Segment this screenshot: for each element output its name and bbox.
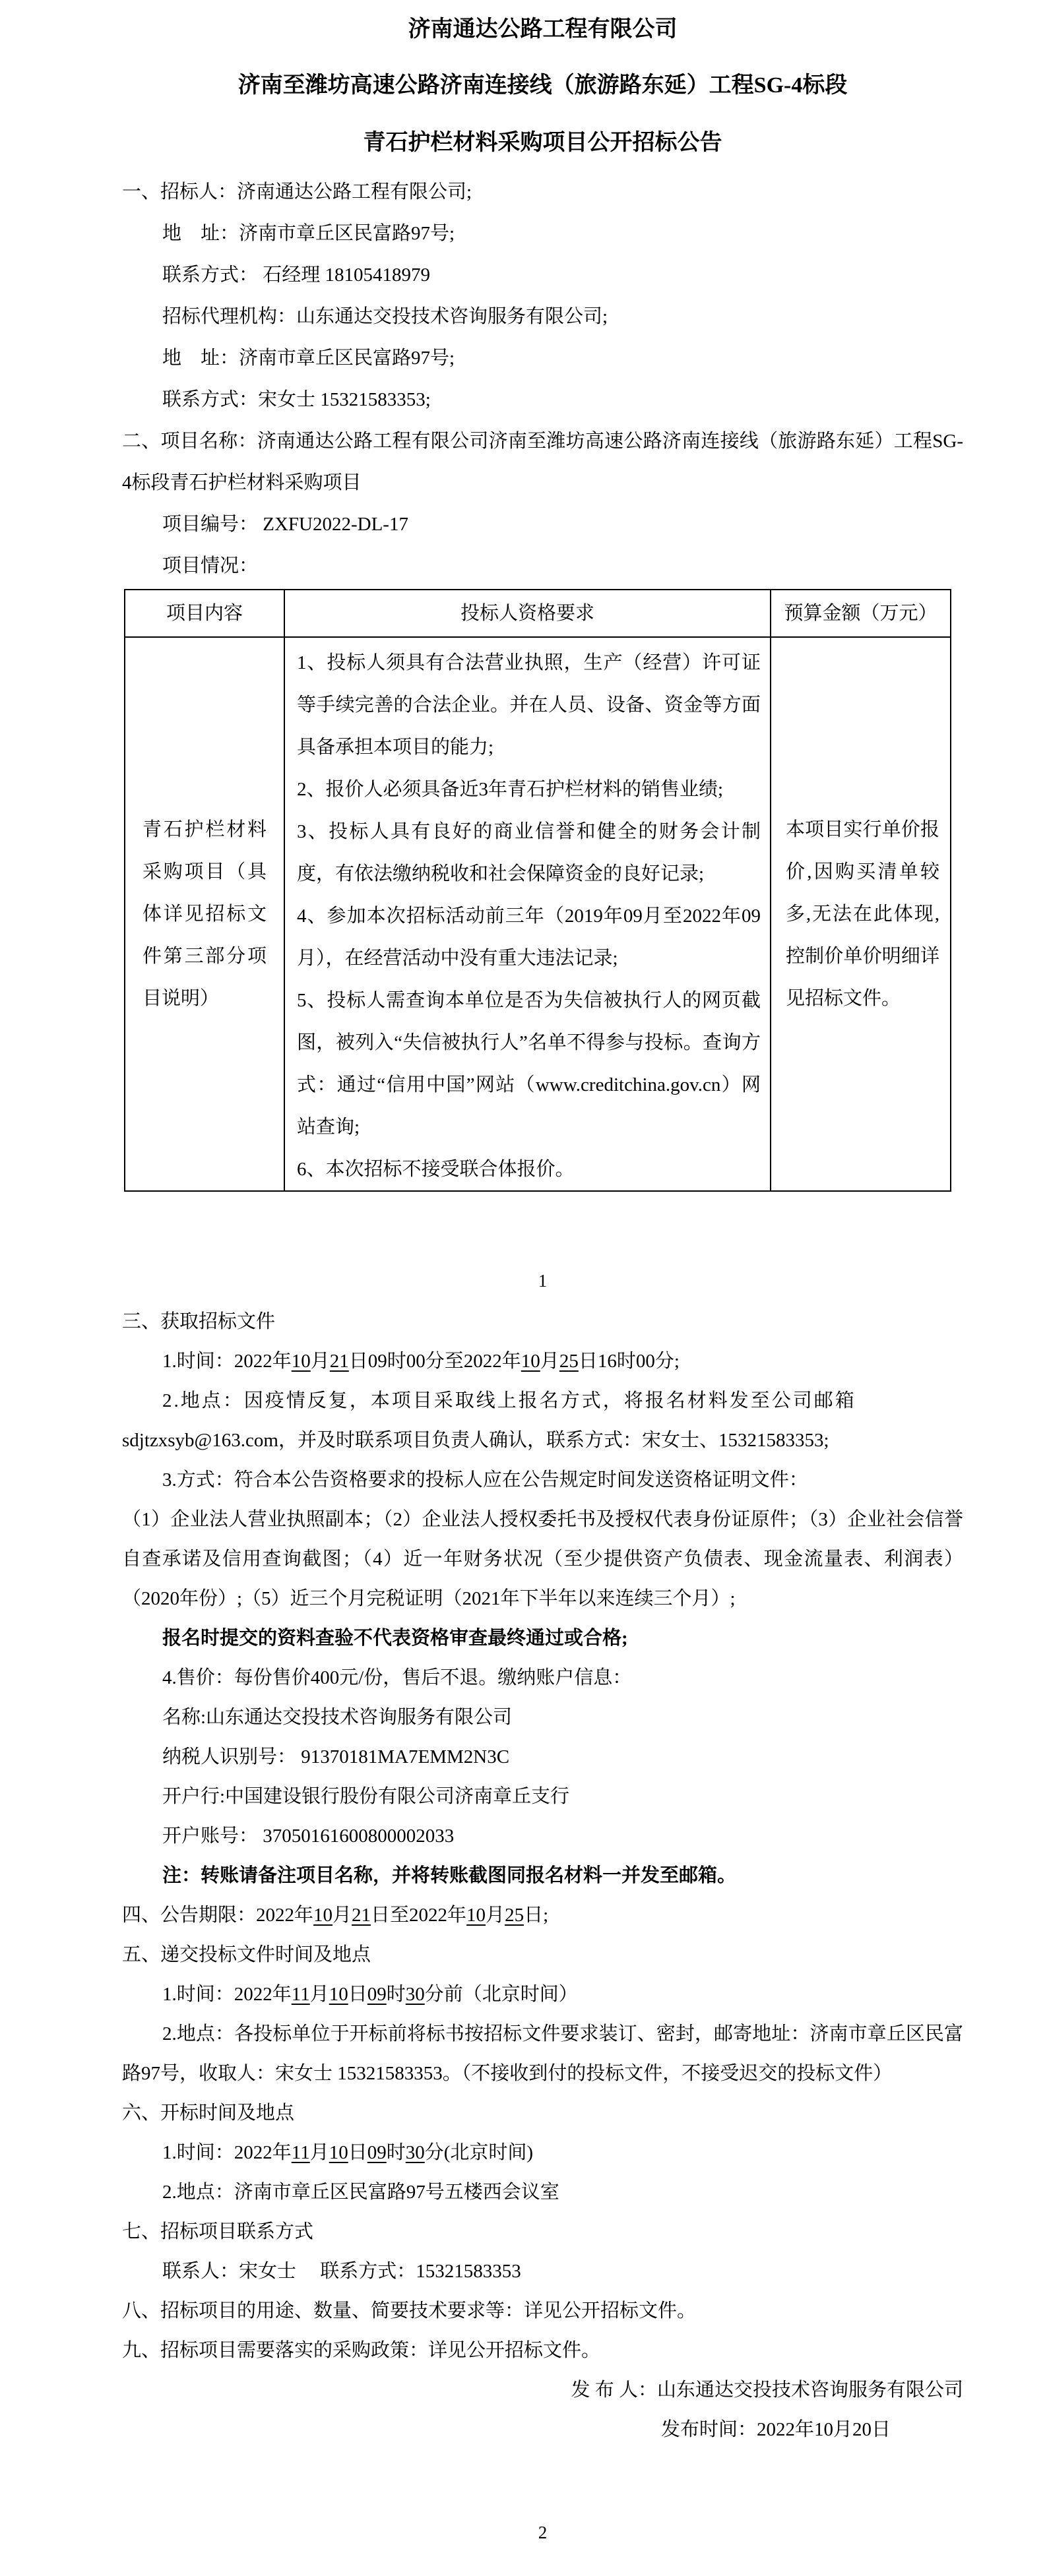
publish-date-line: 发布时间：2022年10月20日	[122, 2410, 963, 2449]
doc-title-project: 济南至潍坊高速公路济南连接线（旅游路东延）工程SG-4标段	[122, 63, 963, 109]
text-run: 分前（北京时间）	[425, 1984, 578, 2005]
qualification-item: 3、投标人具有良好的商业信誉和健全的财务会计制度，有依法缴纳税收和社会保障资金的…	[297, 811, 761, 895]
sec3-heading: 三、获取招标文件	[122, 1302, 963, 1341]
page-number-1: 1	[122, 1260, 963, 1302]
tenderer-address-line: 地 址：济南市章丘区民富路97号;	[122, 213, 963, 255]
account-number-line: 开户账号： 37050161600800002033	[122, 1816, 963, 1856]
sec3-time-line: 1.时间：2022年10月21日09时00分至2022年10月25日16时00分…	[122, 1341, 963, 1381]
underlined-date: 21	[330, 1351, 349, 1372]
document-page: 济南通达公路工程有限公司 济南至潍坊高速公路济南连接线（旅游路东延）工程SG-4…	[0, 0, 1047, 2576]
underlined-date: 10	[329, 1984, 348, 2005]
underlined-date: 30	[406, 2142, 425, 2163]
text-run: 分(北京时间)	[425, 2142, 533, 2163]
underlined-date: 11	[292, 2142, 310, 2163]
underlined-date: 11	[292, 1984, 310, 2005]
sec5-place-line: 2.地点：各投标单位于开标前将标书按招标文件要求装订、密封，邮寄地址：济南市章丘…	[122, 2014, 963, 2093]
underlined-date: 09	[367, 2142, 387, 2163]
text-run: 1.时间：2022年	[162, 1351, 292, 1372]
cell-budget-note: 本项目实行单价报价,因购买清单较多,无法在此体现,控制价单价明细详见招标文件。	[771, 637, 951, 1191]
sec3-documents-line: （1）企业法人营业执照副本；（2）企业法人授权委托书及授权代表身份证原件；（3）…	[122, 1500, 963, 1618]
sec3-place-line: 2.地点：因疫情反复，本项目采取线上报名方式，将报名材料发至公司邮箱sdjtzx…	[122, 1381, 963, 1460]
text-run: 月	[310, 2142, 329, 2163]
text-run: 2.地点：因疫情反复，本项目采取线上报名方式，将报名材料发至公司邮箱	[162, 1390, 856, 1411]
sec3-price-line: 4.售价：每份售价400元/份，售后不退。缴纳账户信息：	[122, 1658, 963, 1698]
project-code-line: 项目编号： ZXFU2022-DL-17	[122, 504, 963, 545]
agency-contact-line: 联系方式：宋女士 15321583353;	[122, 379, 963, 421]
underlined-date: 09	[367, 1984, 387, 2005]
sec9-line: 九、招标项目需要落实的采购政策：详见公开招标文件。	[122, 2331, 963, 2370]
text-run: 日16时00分;	[579, 1351, 680, 1372]
text-run: 月	[333, 1905, 352, 1926]
text-run: 时	[387, 1984, 406, 2005]
text-run: 日;	[524, 1905, 548, 1926]
text-run: 日	[348, 1984, 367, 2005]
qualification-item: 5、投标人需查询本单位是否为失信被执行人的网页截图，被列入“失信被执行人”名单不…	[297, 979, 761, 1148]
page-two-content: 三、获取招标文件 1.时间：2022年10月21日09时00分至2022年10月…	[122, 1302, 963, 2449]
agency-address-line: 地 址：济南市章丘区民富路97号;	[122, 338, 963, 379]
text-run: 月	[540, 1351, 559, 1372]
doc-title-company: 济南通达公路工程有限公司	[122, 7, 963, 53]
project-name-line: 二、项目名称：济南通达公路工程有限公司济南至潍坊高速公路济南连接线（旅游路东延）…	[122, 421, 963, 504]
cell-qualifications: 1、投标人须具有合法营业执照，生产（经营）许可证等手续完善的合法企业。并在人员、…	[284, 637, 771, 1191]
sec7-contact-line: 联系人：宋女士 联系方式：15321583353	[122, 2252, 963, 2291]
text-run: 1.时间：2022年	[162, 2142, 292, 2163]
page-number-2: 2	[122, 2512, 963, 2554]
sec3-method-line: 3.方式：符合本公告资格要求的投标人应在公告规定时间发送资格证明文件：	[122, 1460, 963, 1500]
sec6-time-line: 1.时间：2022年11月10日09时30分(北京时间)	[122, 2133, 963, 2172]
sec5-time-line: 1.时间：2022年11月10日09时30分前（北京时间）	[122, 1975, 963, 2014]
text-run: 月	[311, 1351, 330, 1372]
agency-line: 招标代理机构：山东通达交投技术咨询服务有限公司;	[122, 296, 963, 338]
text-run: 日至2022年	[371, 1905, 466, 1926]
underlined-date: 10	[313, 1905, 333, 1926]
table-body-row: 青石护栏材料采购项目（具体详见招标文件第三部分项目说明） 1、投标人须具有合法营…	[125, 637, 951, 1191]
underlined-date: 10	[329, 2142, 348, 2163]
publisher-line: 发 布 人：山东通达交投技术咨询服务有限公司	[122, 2370, 963, 2410]
tenderer-line: 一、招标人：济南通达公路工程有限公司;	[122, 171, 963, 213]
requirements-table: 项目内容 投标人资格要求 预算金额（万元） 青石护栏材料采购项目（具体详见招标文…	[124, 589, 951, 1192]
doc-title-announcement: 青石护栏材料采购项目公开招标公告	[122, 120, 963, 166]
tax-id-line: 纳税人识别号： 91370181MA7EMM2N3C	[122, 1737, 963, 1777]
table-header-row: 项目内容 投标人资格要求 预算金额（万元）	[125, 590, 951, 637]
table-header-project-content: 项目内容	[125, 590, 284, 637]
sec6-heading: 六、开标时间及地点	[122, 2093, 963, 2133]
transfer-note-line: 注：转账请备注项目名称，并将转账截图同报名材料一并发至邮箱。	[122, 1856, 963, 1895]
underlined-date: 10	[292, 1351, 311, 1372]
qualification-item: 1、投标人须具有合法营业执照，生产（经营）许可证等手续完善的合法企业。并在人员、…	[297, 642, 761, 768]
qualification-item: 6、本次招标不接受联合体报价。	[297, 1148, 761, 1190]
table-header-budget: 预算金额（万元）	[771, 590, 951, 637]
text-run: 月	[486, 1905, 505, 1926]
sec6-place-line: 2.地点：济南市章丘区民富路97号五楼西会议室	[122, 2172, 963, 2212]
sec7-heading: 七、招标项目联系方式	[122, 2212, 963, 2252]
cell-project-content: 青石护栏材料采购项目（具体详见招标文件第三部分项目说明）	[125, 637, 284, 1191]
text-run: 日09时00分至2022年	[349, 1351, 521, 1372]
text-run: 月	[310, 1984, 329, 2005]
email-text: sdjtzxsyb@163.com，并及时联系项目负责人确认，联系方式：宋女士、…	[122, 1430, 829, 1451]
account-name-line: 名称:山东通达交投技术咨询服务有限公司	[122, 1698, 963, 1737]
tenderer-contact-line: 联系方式： 石经理 18105418979	[122, 255, 963, 296]
sec5-heading: 五、递交投标文件时间及地点	[122, 1935, 963, 1975]
text-run: 日	[348, 2142, 367, 2163]
sec3-review-note: 报名时提交的资料查验不代表资格审查最终通过或合格;	[122, 1618, 963, 1658]
table-header-bidder-qualifications: 投标人资格要求	[284, 590, 771, 637]
text-run: 时	[387, 2142, 406, 2163]
qualification-item: 2、报价人必须具备近3年青石护栏材料的销售业绩;	[297, 768, 761, 811]
underlined-date: 21	[352, 1905, 371, 1926]
bank-line: 开户行:中国建设银行股份有限公司济南章丘支行	[122, 1777, 963, 1816]
underlined-date: 10	[521, 1351, 540, 1372]
project-info-label: 项目情况：	[122, 545, 963, 587]
qualification-item: 4、参加本次招标活动前三年（2019年09月至2022年09月），在经营活动中没…	[297, 895, 761, 979]
underlined-date: 30	[406, 1984, 425, 2005]
underlined-date: 10	[466, 1905, 486, 1926]
text-run: 1.时间：2022年	[162, 1984, 292, 2005]
text-run: 四、公告期限：2022年	[122, 1905, 313, 1926]
sec8-line: 八、招标项目的用途、数量、简要技术要求等：详见公开招标文件。	[122, 2291, 963, 2331]
underlined-date: 25	[559, 1351, 579, 1372]
sec4-heading: 四、公告期限：2022年10月21日至2022年10月25日;	[122, 1895, 963, 1935]
underlined-date: 25	[505, 1905, 524, 1926]
